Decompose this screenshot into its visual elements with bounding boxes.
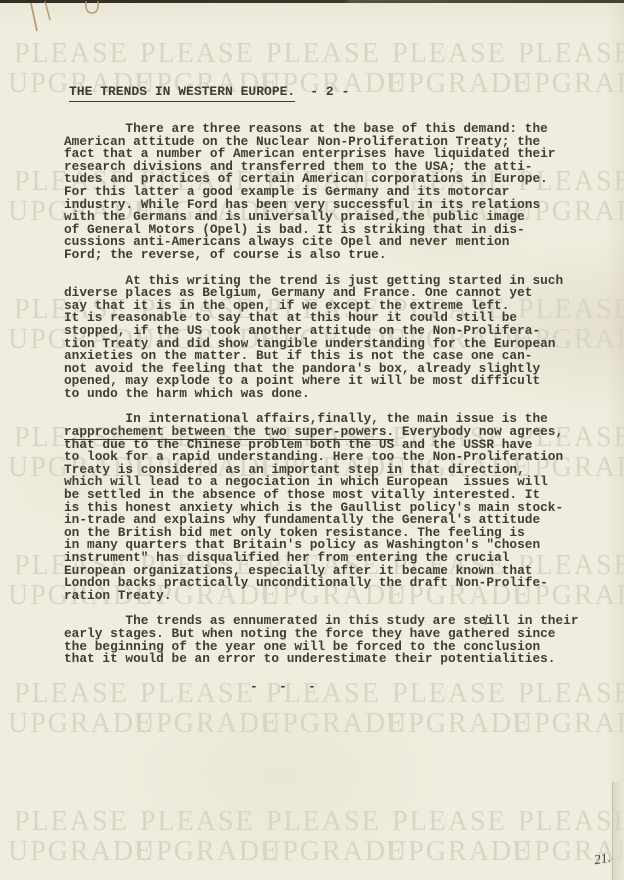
handwritten-mark	[0, 0, 120, 36]
text-line: Ford; the reverse, of course is also tru…	[64, 249, 572, 262]
watermark-word: PLEASE	[518, 38, 624, 70]
watermark-word: PLEASE	[266, 38, 381, 70]
watermark-word: UPGRADE	[260, 708, 406, 740]
watermark-word: UPGRADE	[8, 836, 154, 868]
page-number-marker: - 2 -	[310, 84, 349, 99]
paragraph: The trends as ennumerated in this study …	[64, 615, 572, 665]
watermark-word: UPGRADE	[8, 708, 154, 740]
watermark-word: PLEASE	[14, 806, 129, 838]
page-edge-right	[612, 782, 624, 880]
handwritten-page-number: 21.	[593, 850, 612, 869]
watermark-word: UPGRADE	[386, 708, 532, 740]
watermark-word: UPGRADE	[134, 836, 280, 868]
watermark-word: PLEASE	[140, 38, 255, 70]
watermark-word: PLEASE	[392, 806, 507, 838]
text-line: ration Treaty.	[64, 590, 572, 603]
paragraph: There are three reasons at the base of t…	[64, 123, 572, 262]
text-line: to undo the harm which was done.	[64, 388, 572, 401]
watermark-word: PLEASE	[518, 806, 624, 838]
watermark-word: UPGRADE	[512, 708, 624, 740]
watermark-word: PLEASE	[14, 38, 129, 70]
text-line: that it would be an error to underestima…	[64, 653, 572, 666]
watermark-word: PLEASE	[392, 38, 507, 70]
watermark-word: UPGRADE	[260, 836, 406, 868]
paragraph: In international affairs,finally, the ma…	[64, 413, 572, 602]
document-page: THE TRENDS IN WESTERN EUROPE.- 2 - There…	[64, 84, 572, 694]
paragraph: At this writing the trend is just gettin…	[64, 275, 572, 401]
watermark-word: UPGRADE	[134, 708, 280, 740]
title-text: THE TRENDS IN WESTERN EUROPE.	[69, 84, 295, 102]
document-title: THE TRENDS IN WESTERN EUROPE.- 2 -	[69, 84, 572, 99]
watermark-word: PLEASE	[140, 806, 255, 838]
document-body: There are three reasons at the base of t…	[64, 123, 572, 666]
watermark-word: UPGRADE	[386, 836, 532, 868]
watermark-word: PLEASE	[266, 806, 381, 838]
end-separator: - - -	[64, 679, 572, 694]
